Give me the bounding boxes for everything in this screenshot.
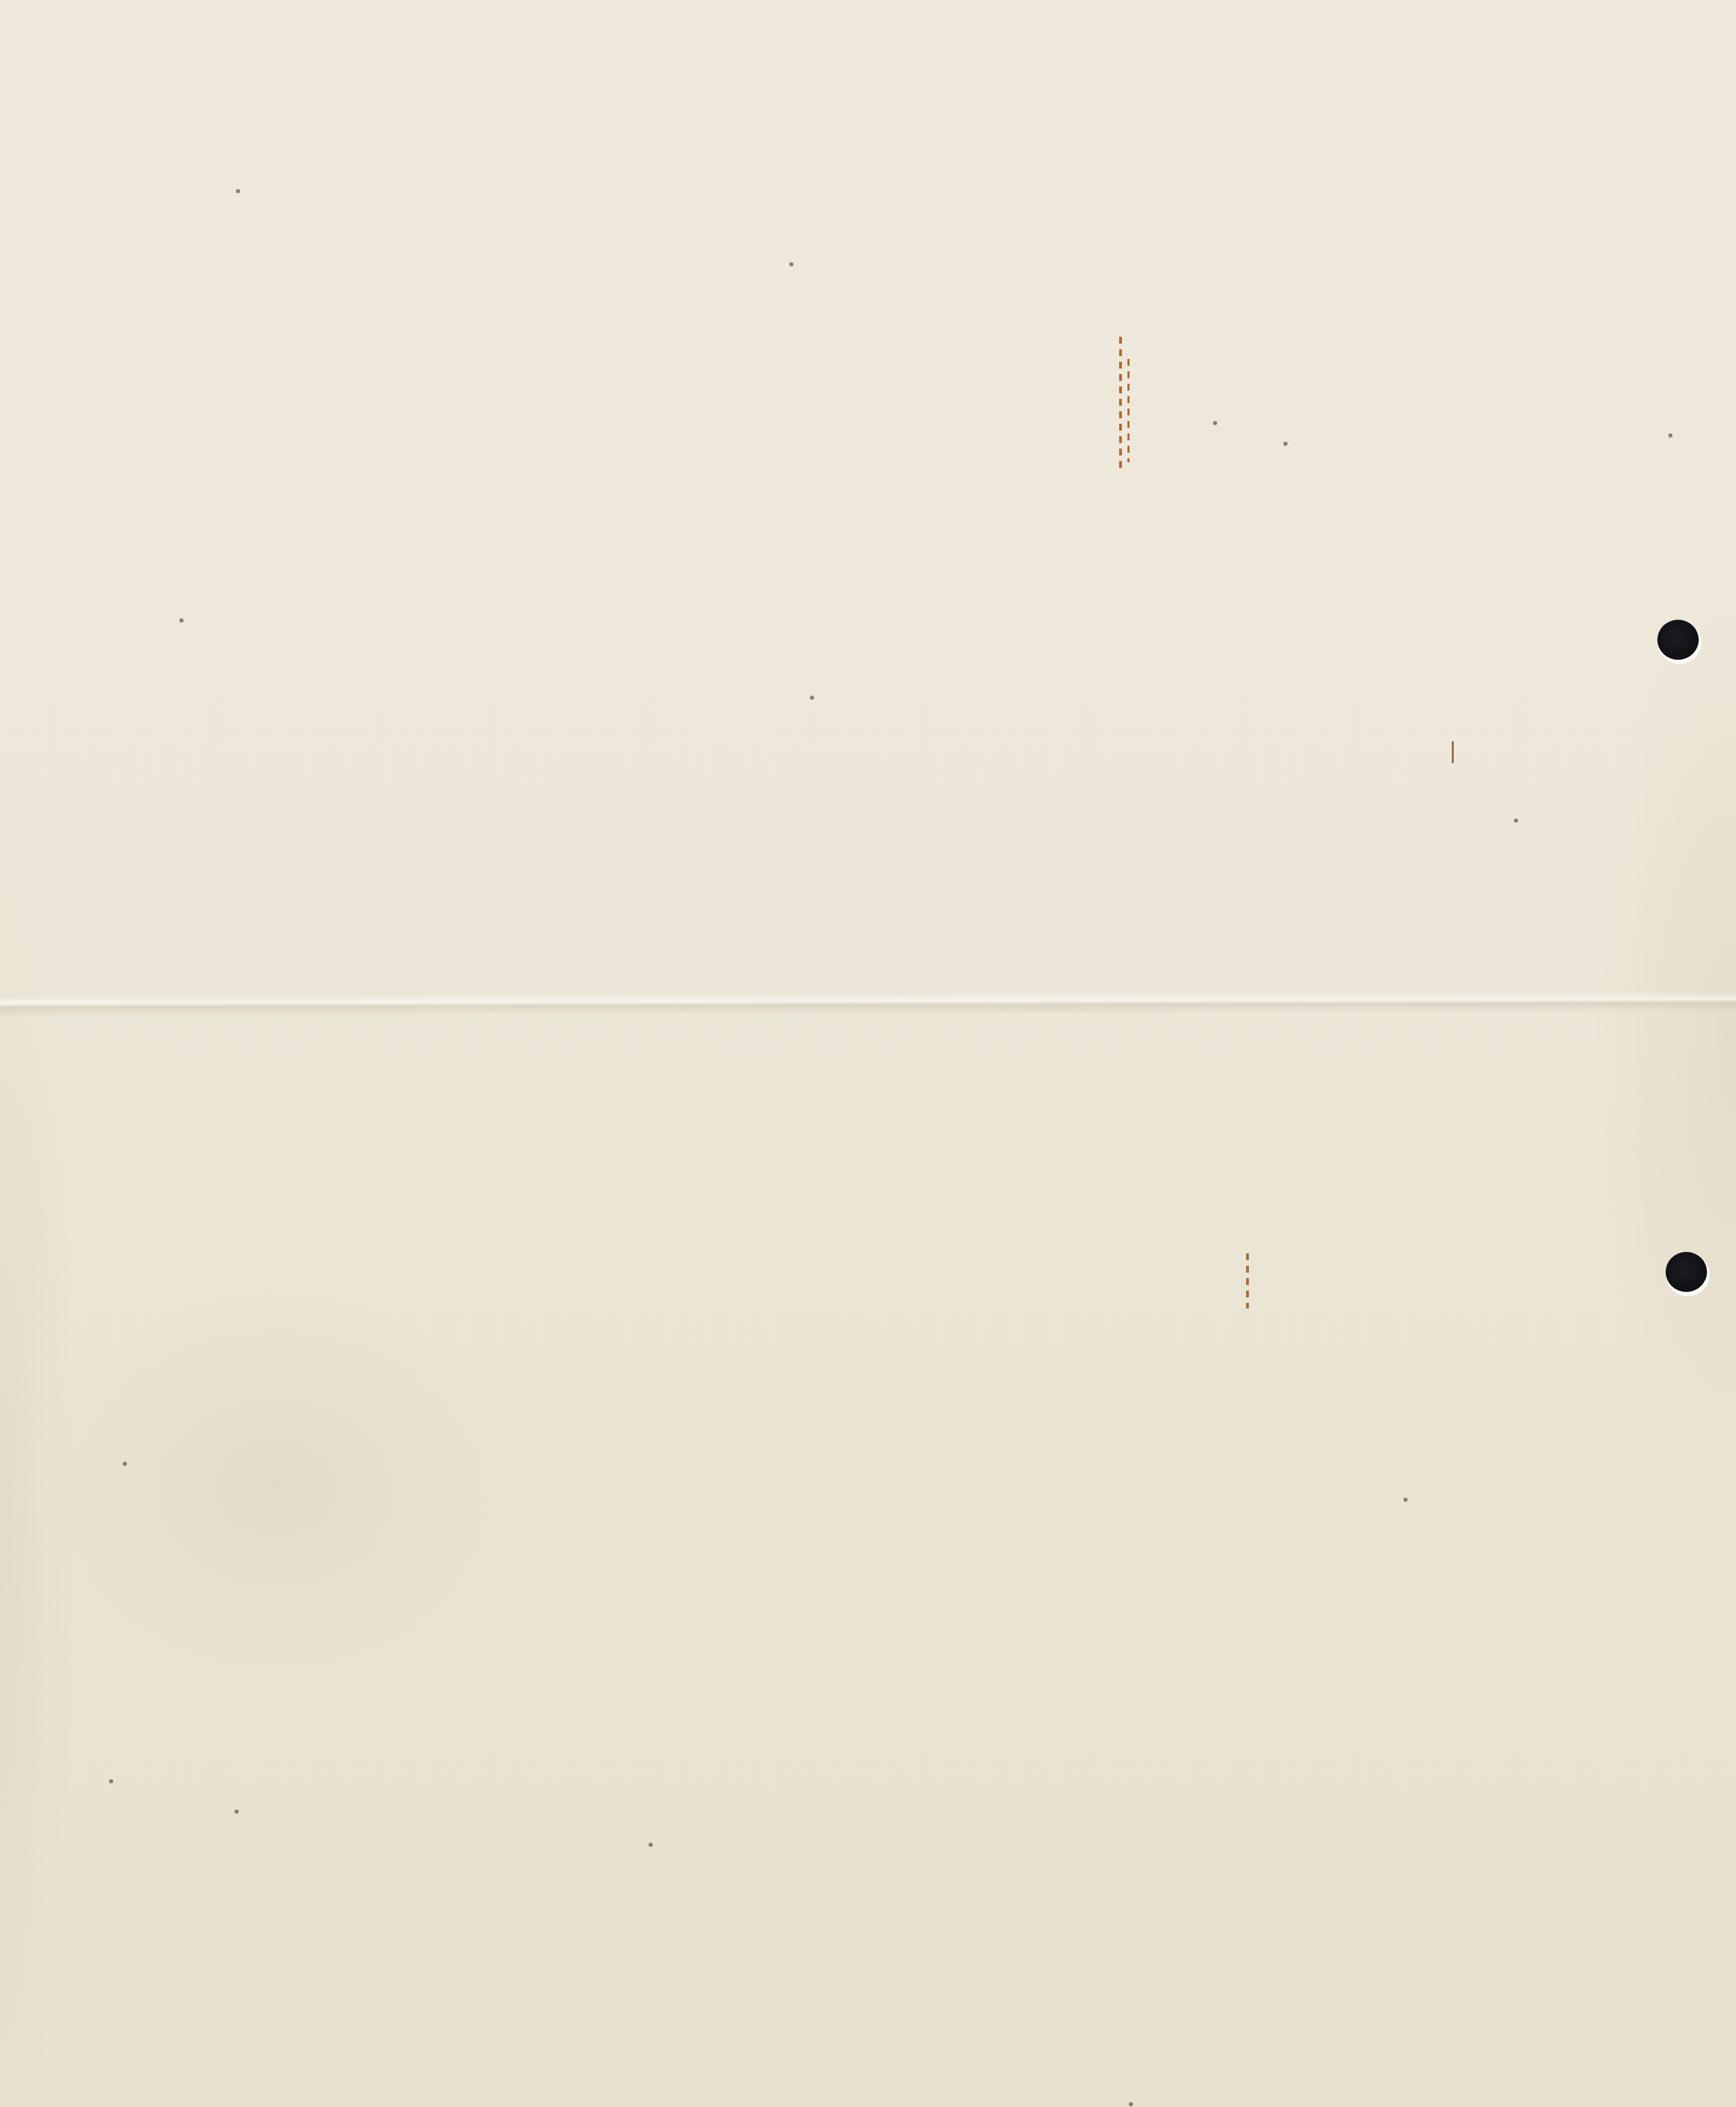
dust-speck [1129, 2102, 1133, 2106]
fold-crease [0, 992, 1736, 1017]
dust-speck [789, 262, 793, 266]
dust-speck [649, 1843, 653, 1847]
dust-speck [236, 189, 240, 193]
dust-speck [235, 1810, 239, 1814]
dust-speck [1213, 421, 1217, 425]
dust-speck [123, 1462, 127, 1466]
paper-sheet [0, 0, 1736, 2107]
rust-stain-upper-secondary [1127, 359, 1130, 462]
dust-speck [1514, 819, 1518, 823]
rust-stain-upper [1119, 337, 1122, 468]
dust-speck [1668, 433, 1673, 438]
rust-stain-lower [1246, 1253, 1249, 1309]
dust-speck [1403, 1498, 1408, 1502]
dust-speck [1283, 442, 1288, 446]
dust-speck [109, 1779, 113, 1783]
rust-stain-small [1452, 741, 1454, 763]
punch-hole-lower [1666, 1252, 1707, 1292]
punch-hole-upper [1657, 620, 1699, 660]
dust-speck [810, 696, 814, 700]
dust-speck [179, 618, 184, 623]
